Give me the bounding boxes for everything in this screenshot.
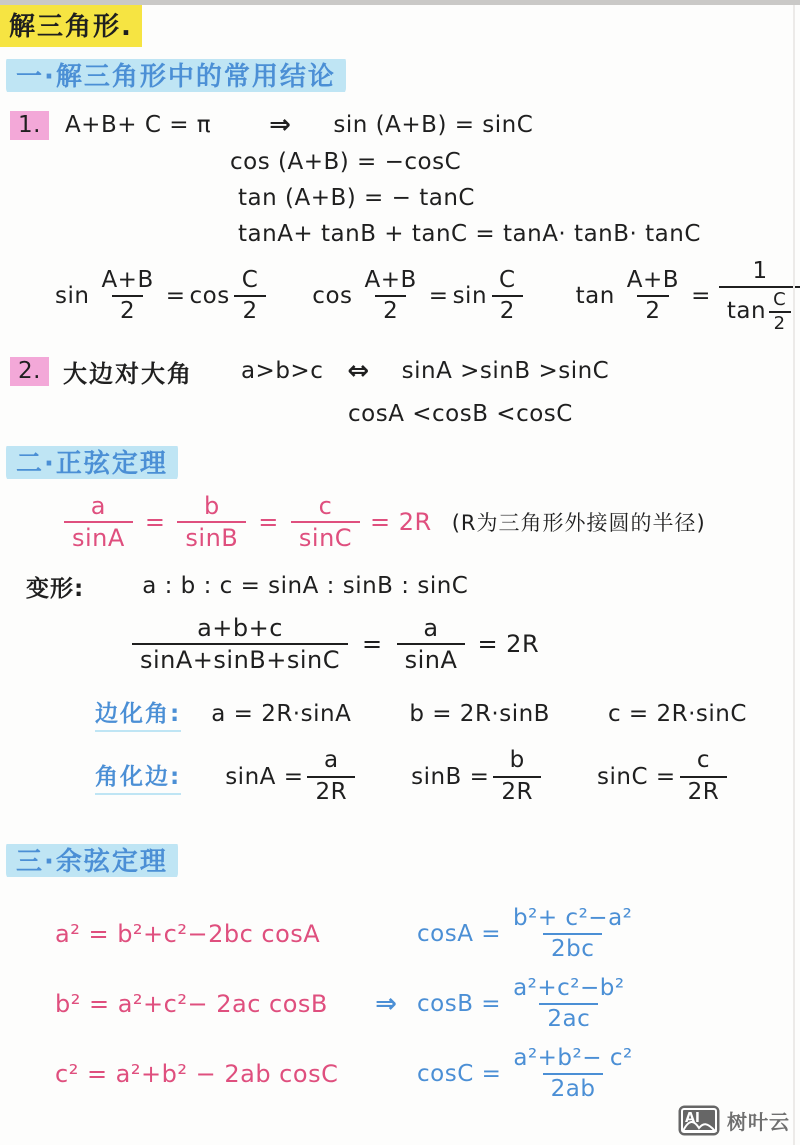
notes-page: 解三角形. 一·解三角形中的常用结论 1. A+B+ C = π ⇒ sin (… [0,0,800,1145]
fn-cos: cos [312,283,352,309]
frac-num: C [234,268,267,295]
identity-cos-sum: cos (A+B) = −cosC [230,149,461,175]
sum-ratio-identity: a+b+csinA+sinB+sinC = asinA = 2R [0,615,800,674]
frac-num: a [415,615,446,643]
cosine-squared-forms: a² = b²+c²−2bc cosA b² = a²+c²− 2ac cosB… [55,899,355,1109]
frac-den: 2ab [543,1073,604,1102]
transform-row: 变形: a : b : c = sinA : sinB : sinC [0,570,800,603]
side-formula-c: c = 2R·sinC [608,701,747,727]
angle-to-side-label: 角化边: [95,758,181,795]
lhs: sinB = [411,764,489,790]
frac-num: C [768,290,791,311]
frac-num: 1 [744,259,775,286]
identity-tan-sum: tan (A+B) = − tanC [238,185,475,211]
equals-2r: = 2R [477,630,539,658]
frac-den: sinA [64,521,133,551]
fn-sin: sin [55,283,89,309]
frac-num: a²+c²−b² [505,976,633,1003]
equals-sign: = [145,508,166,536]
equals-sign: = [166,283,186,309]
item-1-premise: A+B+ C = π [65,112,211,138]
law-of-sines: asinA = bsinB = csinC = 2R (R为三角形外接圆的半径) [0,493,800,552]
frac-den: 2 [112,295,143,324]
equals-2r: = 2R [370,508,432,536]
angle-formula-c: sinC = c2R [597,748,731,805]
item-1: 1. A+B+ C = π ⇒ sin (A+B) = sinC cos (A+… [0,110,800,247]
item-2-number: 2. [10,357,49,386]
cosine-form-c: c² = a²+b² − 2ab cosC [55,1039,355,1109]
iff-arrow: ⇔ [347,356,369,386]
frac-num: b [196,493,228,521]
frac-den: 2R [493,776,541,805]
fn-tan: tan [576,283,615,309]
cosine-form-b: b² = a²+c²− 2ac cosB [55,969,355,1039]
law-of-cosines: a² = b²+c²−2bc cosA b² = a²+c²− 2ac cosB… [0,899,800,1109]
side-formula-b: b = 2R·sinB [409,701,550,727]
half-angle-tan: tan A+B2 = 1 tan C2 [576,259,800,334]
frac-den: sinA+sinB+sinC [132,643,348,673]
identity-tan-product: tanA+ tanB + tanC = tanA· tanB· tanC [238,221,701,247]
cosine-inequality: cosA <cosB <cosC [348,401,573,427]
section-3-heading: 三·余弦定理 [6,839,178,881]
svg-text:AI: AI [685,1111,700,1126]
frac-den: sinB [177,521,246,551]
frac-den: 2 [769,311,791,334]
watermark-text: 树叶云 [727,1106,790,1135]
cos-a-formula: cosA = b²+ c²−a²2bc [417,899,645,969]
right-edge-line [793,5,795,1145]
item-2-condition: a>b>c [241,358,323,384]
ai-image-icon: AI [677,1104,721,1137]
section-2-heading: 二·正弦定理 [6,441,178,483]
watermark: AI 树叶云 [677,1104,790,1137]
frac-num: c [311,493,341,521]
ratio-identity: a : b : c = sinA : sinB : sinC [142,573,468,599]
equals-sign: = [362,630,383,658]
frac-den: sinA [397,643,466,673]
cosine-form-a: a² = b²+c²−2bc cosA [55,899,355,969]
transform-label: 变形: [26,570,84,603]
equals-sign: = [429,283,449,309]
equals-sign: = [691,283,711,309]
side-to-angle-row: 边化角: a = 2R·sinA b = 2R·sinB c = 2R·sinC [0,695,800,732]
frac-den: sinC [291,521,360,551]
fn-cos: cos [190,283,230,309]
implies-arrow: ⇒ [375,989,397,1019]
half-angle-sin: sin A+B2 = cos C2 [55,268,270,325]
frac-num: A+B [619,268,687,295]
frac-num: A+B [93,268,161,295]
identity-sin-sum: sin (A+B) = sinC [333,112,533,138]
cos-b-formula: cosB = a²+c²−b²2ac [417,969,645,1039]
lhs: cosB = [417,991,501,1017]
frac-num: b²+ c²−a² [505,906,640,933]
frac-num: a [83,493,114,521]
angle-to-side-row: 角化边: sinA = a2R sinB = b2R sinC = c2R [0,748,800,805]
sine-inequality: sinA >sinB >sinC [402,358,610,384]
frac-den: 2ac [539,1003,598,1032]
frac-den: 2 [234,295,265,324]
item-2-label: 大边对大角 [63,354,193,389]
lhs: cosC = [417,1061,501,1087]
lhs: cosA = [417,921,501,947]
top-edge-strip [0,0,800,5]
frac-num: C [491,268,524,295]
frac-den: 2bc [543,933,602,962]
frac-num: a²+b²− c² [505,1046,640,1073]
frac-den: 2 [637,295,668,324]
page-title: 解三角形. [0,3,142,47]
item-2: 2. 大边对大角 a>b>c ⇔ sinA >sinB >sinC cosA <… [0,354,800,427]
section-1-heading: 一·解三角形中的常用结论 [6,54,346,96]
implies-arrow: ⇒ [269,110,291,140]
equals-sign: = [258,508,279,536]
frac-num: b [502,748,533,775]
angle-formula-a: sinA = a2R [225,748,359,805]
side-to-angle-label: 边化角: [95,695,181,732]
fn-tan: tan [727,299,766,324]
frac-den: 2R [680,776,728,805]
circumradius-note: (R为三角形外接圆的半径) [452,507,706,537]
lhs: sinC = [597,764,676,790]
frac-den: 2 [375,295,406,324]
lhs: sinA = [225,764,303,790]
frac-num: a+b+c [189,615,291,643]
angle-formula-b: sinB = b2R [411,748,545,805]
half-angle-cos: cos A+B2 = sin C2 [312,268,527,325]
frac-den: 2R [307,776,355,805]
frac-num: A+B [357,268,425,295]
side-formula-a: a = 2R·sinA [211,701,351,727]
frac-den: 2 [492,295,523,324]
frac-num: c [689,748,718,775]
cos-c-formula: cosC = a²+b²− c²2ab [417,1039,645,1109]
fn-sin: sin [453,283,487,309]
cosine-solved-forms: cosA = b²+ c²−a²2bc cosB = a²+c²−b²2ac c… [417,899,645,1109]
half-angle-identities: sin A+B2 = cos C2 cos A+B2 = sin C2 tan … [0,259,800,334]
item-1-number: 1. [10,111,49,140]
frac-num: a [316,748,347,775]
